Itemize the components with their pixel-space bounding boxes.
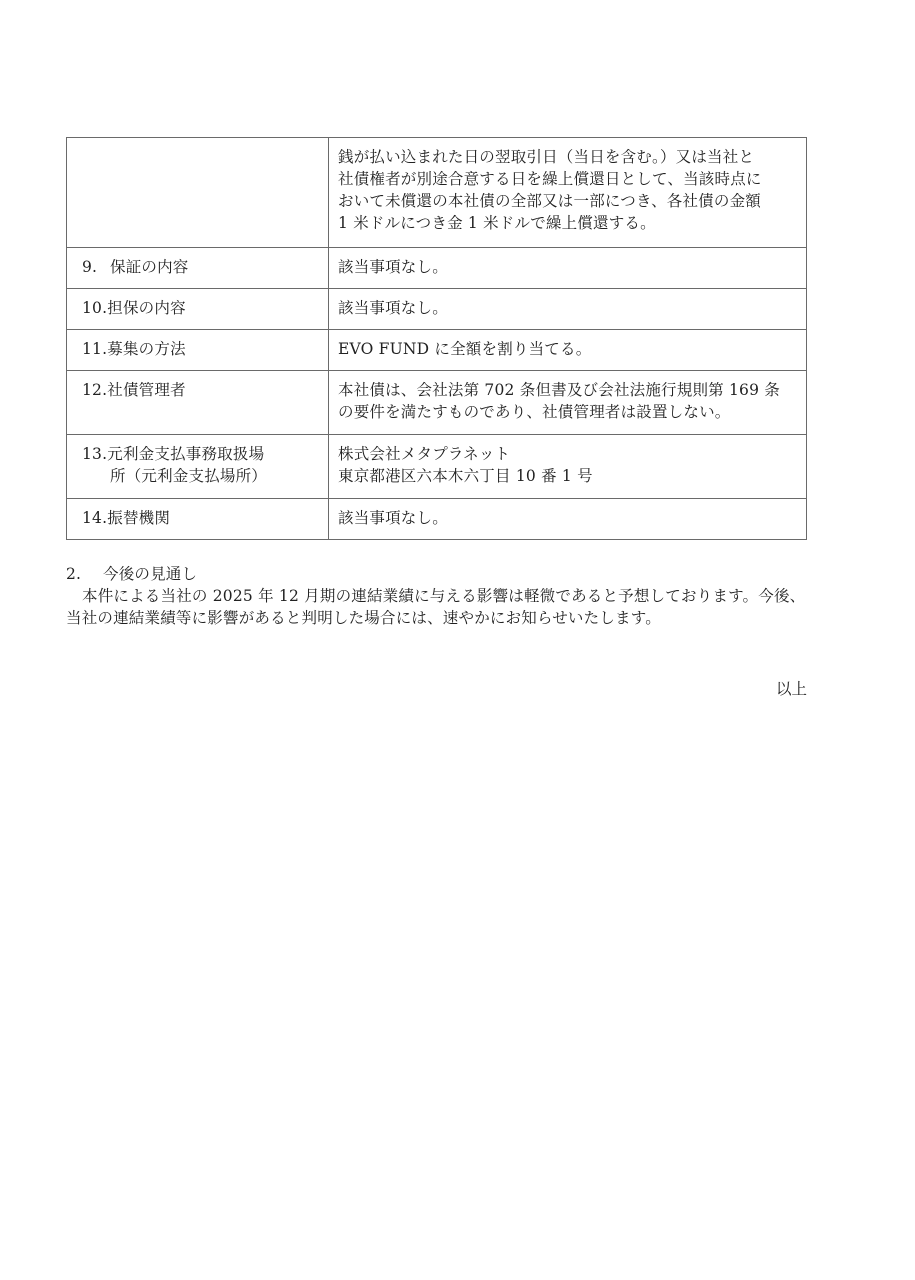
table-row-bond-administrator: 12.社債管理者 本社債は、会社法第 702 条但書及び会社法施行規則第 169… (67, 371, 807, 435)
row-value-cell: EVO FUND に全額を割り当てる。 (329, 330, 807, 371)
value-line: 該当事項なし。 (338, 256, 800, 278)
row-value-cell: 該当事項なし。 (329, 289, 807, 330)
row-value-cell: 本社債は、会社法第 702 条但書及び会社法施行規則第 169 条 の要件を満た… (329, 371, 807, 435)
row-value-cell: 株式会社メタプラネット 東京都港区六本木六丁目 10 番 1 号 (329, 435, 807, 499)
row-label-cell: 13.元利金支払事務取扱場 所（元利金支払場所） (67, 435, 329, 499)
row-label: 募集の方法 (107, 340, 186, 358)
row-value-cell: 該当事項なし。 (329, 499, 807, 540)
table-row-guarantee: 9.保証の内容 該当事項なし。 (67, 248, 807, 289)
row-number: 12. (82, 379, 107, 401)
row-label: 元利金支払事務取扱場 (107, 445, 264, 463)
row-label-cell: 9.保証の内容 (67, 248, 329, 289)
row-label-cell: 14.振替機関 (67, 499, 329, 540)
section-number: 2. (66, 563, 103, 585)
row-number: 13. (82, 443, 107, 465)
bond-terms-table: 銭が払い込まれた日の翌取引日（当日を含む。）又は当社と 社債権者が別途合意する日… (66, 137, 807, 540)
row-label-cell (67, 138, 329, 248)
row-label: 振替機関 (107, 509, 170, 527)
outlook-section: 2.今後の見通し 本件による当社の 2025 年 12 月期の連結業績に与える影… (66, 563, 807, 629)
document-page: 銭が払い込まれた日の翌取引日（当日を含む。）又は当社と 社債権者が別途合意する日… (0, 0, 915, 1280)
row-value-cell: 銭が払い込まれた日の翌取引日（当日を含む。）又は当社と 社債権者が別途合意する日… (329, 138, 807, 248)
row-label: 担保の内容 (107, 299, 186, 317)
row-label: 社債管理者 (107, 381, 186, 399)
table-row-redemption-continued: 銭が払い込まれた日の翌取引日（当日を含む。）又は当社と 社債権者が別途合意する日… (67, 138, 807, 248)
value-line: の要件を満たすものであり、社債管理者は設置しない。 (338, 401, 800, 423)
value-line: 株式会社メタプラネット (338, 443, 800, 465)
value-line: 該当事項なし。 (338, 507, 800, 529)
value-line: 東京都港区六本木六丁目 10 番 1 号 (338, 465, 800, 487)
row-value-cell: 該当事項なし。 (329, 248, 807, 289)
table-row-transfer-agent: 14.振替機関 該当事項なし。 (67, 499, 807, 540)
section-title: 今後の見通し (103, 565, 197, 583)
row-label-cell: 10.担保の内容 (67, 289, 329, 330)
row-number: 14. (82, 507, 107, 529)
section-heading: 2.今後の見通し (66, 563, 807, 585)
value-line: 該当事項なし。 (338, 297, 800, 319)
table-row-paying-agent: 13.元利金支払事務取扱場 所（元利金支払場所） 株式会社メタプラネット 東京都… (67, 435, 807, 499)
section-body: 本件による当社の 2025 年 12 月期の連結業績に与える影響は軽微であると予… (66, 585, 807, 629)
value-line: 本社債は、会社法第 702 条但書及び会社法施行規則第 169 条 (338, 379, 800, 401)
row-label: 保証の内容 (110, 258, 189, 276)
value-line: 1 米ドルにつき金 1 米ドルで繰上償還する。 (338, 212, 800, 234)
table-row-offering-method: 11.募集の方法 EVO FUND に全額を割り当てる。 (67, 330, 807, 371)
row-label-continued: 所（元利金支払場所） (82, 465, 322, 487)
row-number: 11. (82, 338, 107, 360)
table-row-collateral: 10.担保の内容 該当事項なし。 (67, 289, 807, 330)
row-number: 9. (82, 256, 110, 278)
row-label-cell: 12.社債管理者 (67, 371, 329, 435)
value-line: 銭が払い込まれた日の翌取引日（当日を含む。）又は当社と (338, 146, 800, 168)
value-line: 社債権者が別途合意する日を繰上償還日として、当該時点に (338, 168, 800, 190)
value-line: EVO FUND に全額を割り当てる。 (338, 338, 800, 360)
row-number: 10. (82, 297, 107, 319)
value-line: おいて未償還の本社債の全部又は一部につき、各社債の金額 (338, 190, 800, 212)
closing-mark: 以上 (776, 678, 807, 700)
row-label-cell: 11.募集の方法 (67, 330, 329, 371)
